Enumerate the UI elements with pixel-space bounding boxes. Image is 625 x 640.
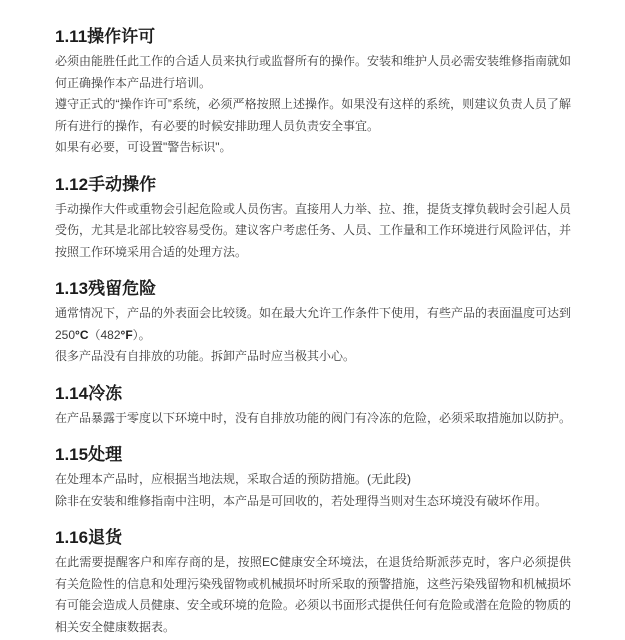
paragraph: 如果有必要，可设置"警告标识"。 [55,137,571,159]
section-title: 1.12手动操作 [55,175,571,194]
section-title: 1.13残留危险 [55,279,571,298]
fahrenheit-unit: °F [121,328,133,342]
section-number: 1.14 [55,384,88,403]
paragraph: 遵守正式的“操作许可”系统，必须严格按照上述操作。如果没有这样的系统，则建议负责… [55,94,571,137]
section-disposal: 1.15处理 在处理本产品时，应根据当地法规，采取合适的预防措施。(无此段) 除… [55,445,571,512]
heat-text-post: ）。 [133,328,151,342]
paragraph: 在处理本产品时，应根据当地法规，采取合适的预防措施。(无此段) [55,469,571,491]
section-title-text: 残留危险 [88,279,156,298]
section-freezing: 1.14冷冻 在产品暴露于零度以下环境中时，没有自排放功能的阀门有冷冻的危险，必… [55,384,571,430]
section-number: 1.16 [55,528,88,547]
section-title: 1.11操作许可 [55,27,571,46]
heat-text-mid: （482 [89,328,121,342]
paragraph: 除非在安装和维修指南中注明，本产品是可回收的，若处理得当则对生态环境没有破坏作用… [55,491,571,513]
celsius-unit: °C [75,328,88,342]
section-number: 1.15 [55,445,88,464]
section-title-text: 处理 [88,445,122,464]
section-title-text: 退货 [88,528,122,547]
section-number: 1.12 [55,175,88,194]
section-number: 1.11 [55,27,87,46]
section-residual-hazards: 1.13残留危险 通常情况下，产品的外表面会比较烫。如在最大允许工作条件下使用，… [55,279,571,368]
section-title-text: 手动操作 [88,175,156,194]
section-title: 1.16退货 [55,528,571,547]
section-title: 1.15处理 [55,445,571,464]
section-returning-products: 1.16退货 在此需要提醒客户和库存商的是，按照EC健康安全环境法，在退货给斯派… [55,528,571,638]
section-title-text: 冷冻 [88,384,122,403]
paragraph: 在产品暴露于零度以下环境中时，没有自排放功能的阀门有冷冻的危险，必须采取措施加以… [55,408,571,430]
section-operating-permit: 1.11操作许可 必须由能胜任此工作的合适人员来执行或监督所有的操作。安装和维护… [55,27,571,159]
paragraph: 在此需要提醒客户和库存商的是，按照EC健康安全环境法，在退货给斯派莎克时，客户必… [55,552,571,638]
section-title-text: 操作许可 [87,27,155,46]
section-manual-handling: 1.12手动操作 手动操作大件或重物会引起危险或人员伤害。直接用人力举、拉、推，… [55,175,571,264]
paragraph: 很多产品没有自排放的功能。拆卸产品时应当极其小心。 [55,346,571,368]
section-number: 1.13 [55,279,88,298]
section-title: 1.14冷冻 [55,384,571,403]
paragraph: 必须由能胜任此工作的合适人员来执行或监督所有的操作。安装和维护人员必需安装维修指… [55,51,571,94]
manual-page: 1.11操作许可 必须由能胜任此工作的合适人员来执行或监督所有的操作。安装和维护… [0,0,625,638]
paragraph: 手动操作大件或重物会引起危险或人员伤害。直接用人力举、拉、推，提货支撑负载时会引… [55,199,571,264]
paragraph: 通常情况下，产品的外表面会比较烫。如在最大允许工作条件下使用，有些产品的表面温度… [55,303,571,346]
